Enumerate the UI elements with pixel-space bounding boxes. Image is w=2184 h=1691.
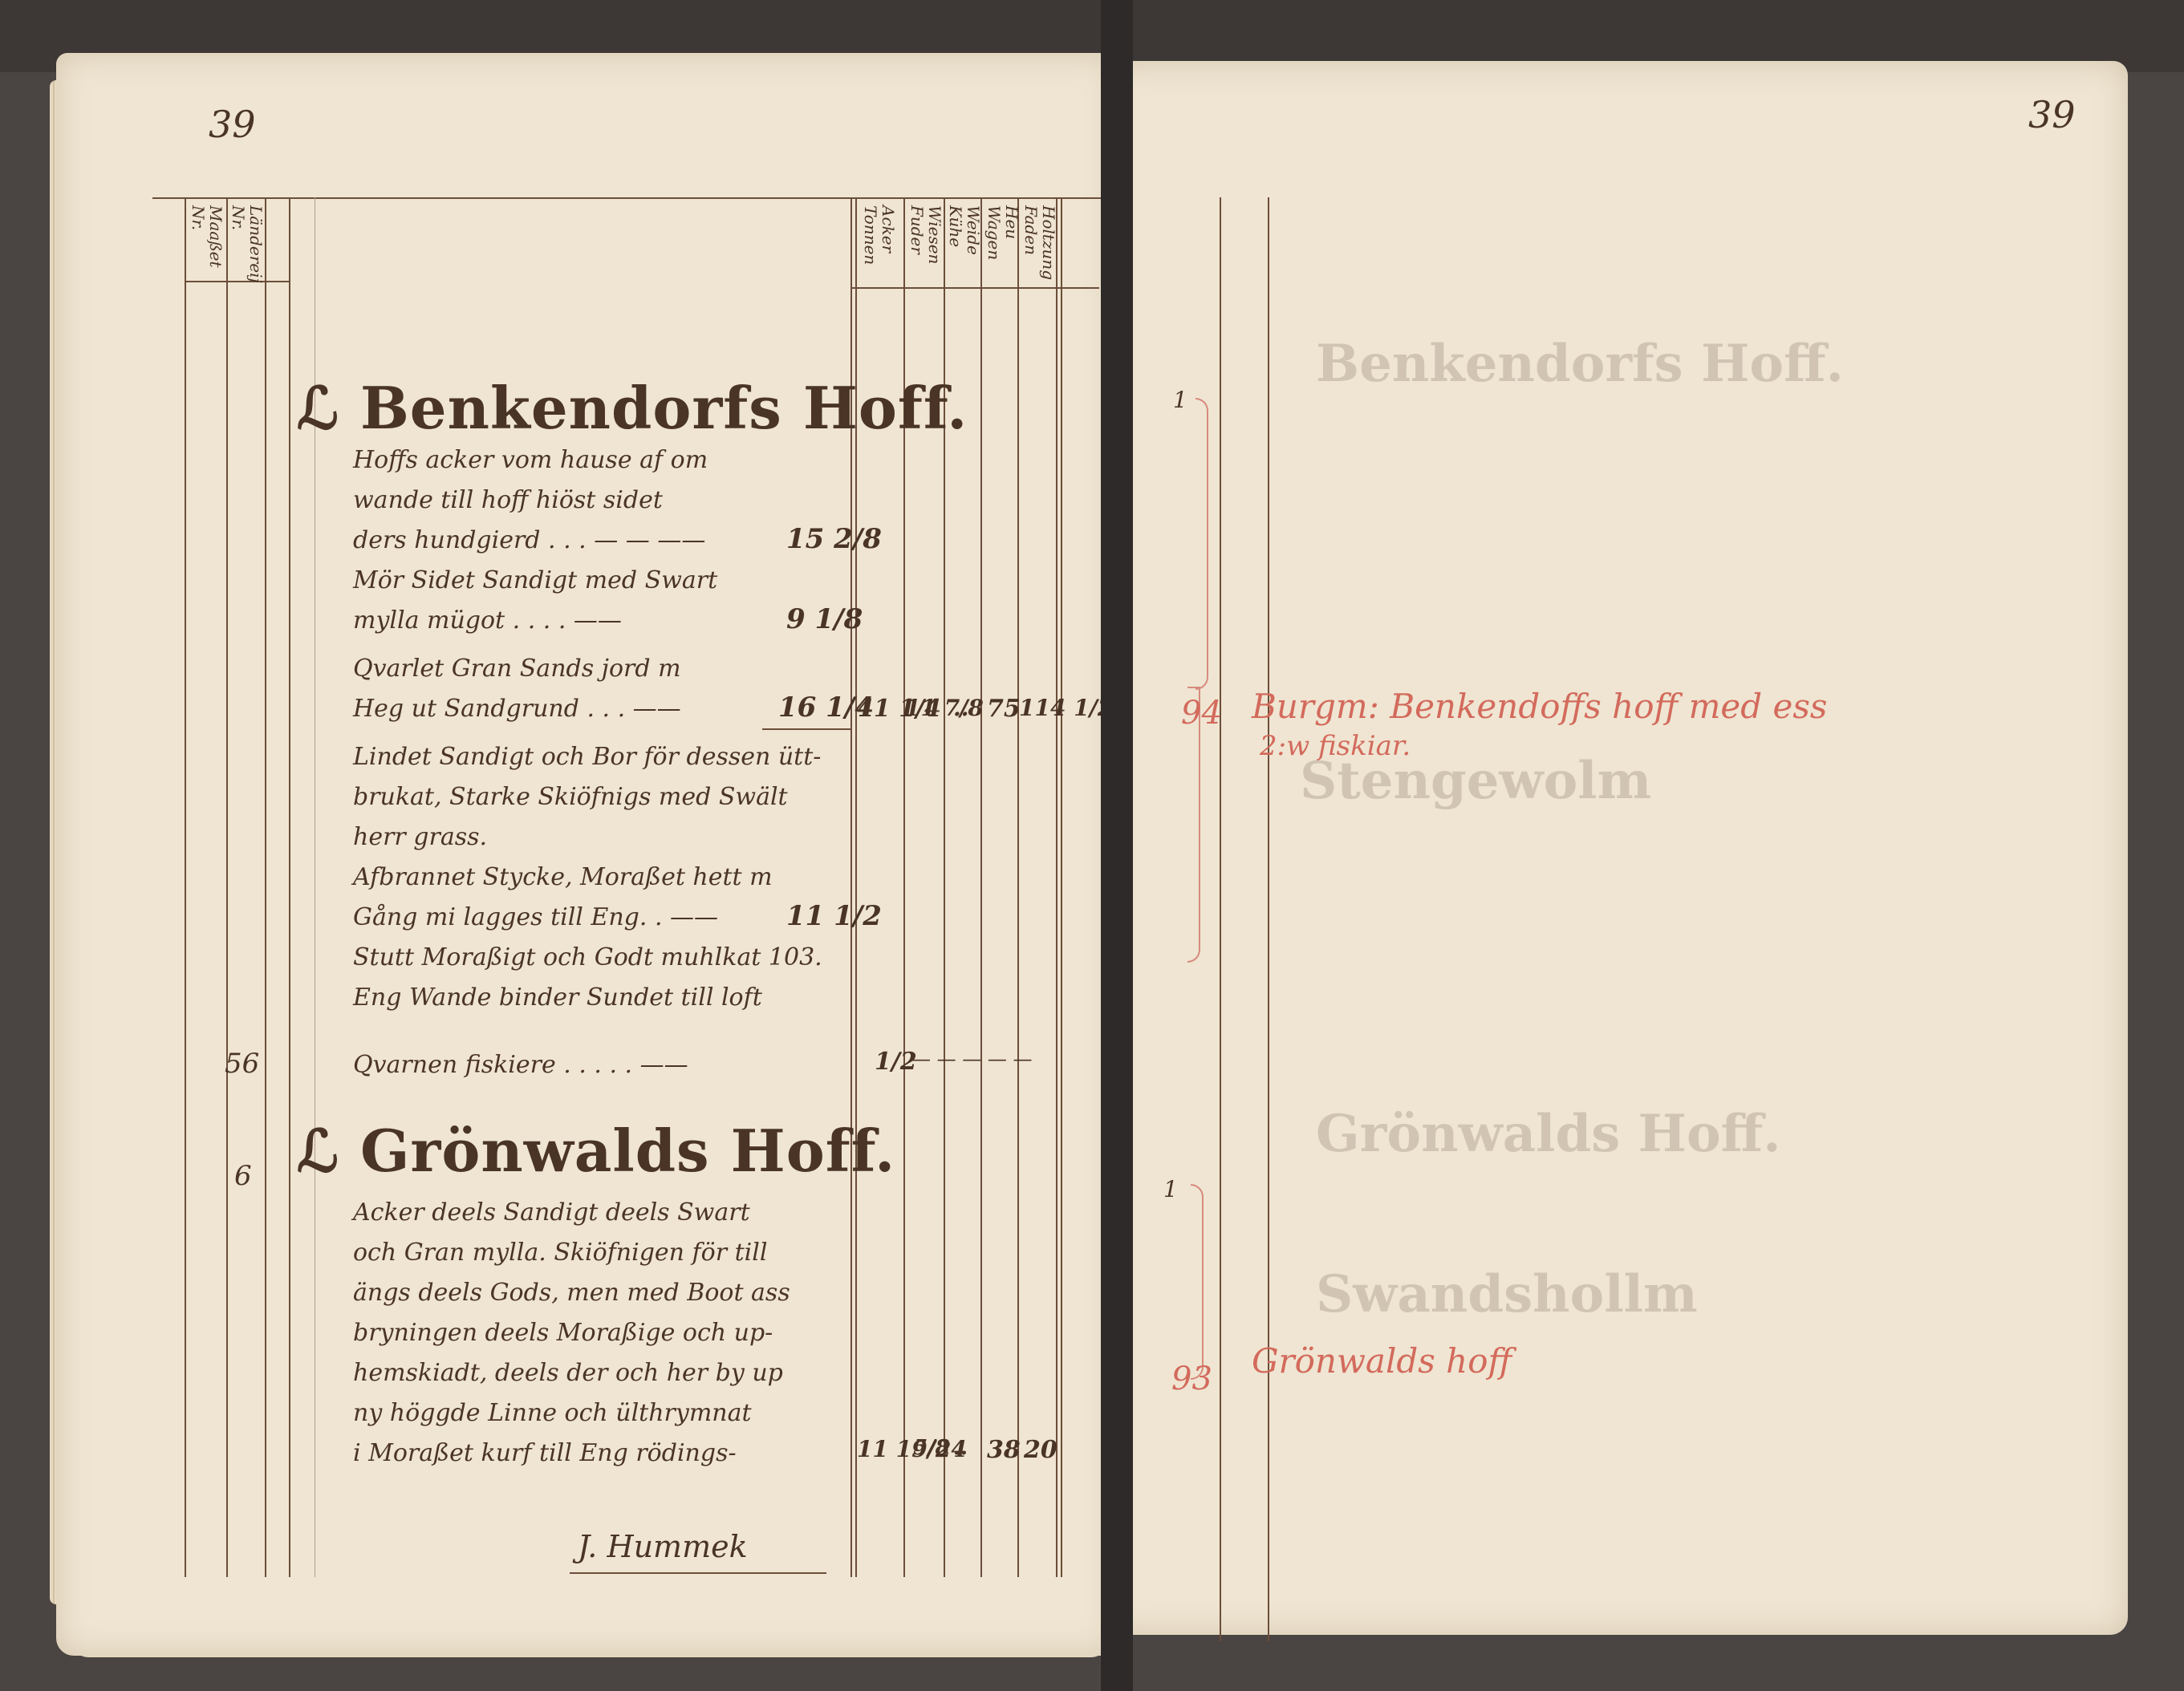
red-annotation: Grönwalds hoff <box>1252 1341 1512 1381</box>
header-weide: Weide Kühe <box>947 205 982 282</box>
bracket-mark: 1 <box>1163 1176 1178 1202</box>
total-holtz: 20 <box>1024 1436 1057 1464</box>
entry-heading-benkendorf: ℒ Benkendorfs Hoff. <box>297 374 968 442</box>
entry-heading-gronwald: ℒ Grönwalds Hoff. <box>297 1117 895 1185</box>
entry-line: ängs deels Gods, men med Boot ass <box>353 1279 790 1307</box>
col-rule <box>1268 197 1269 1641</box>
entry-amount: 15 2/8 <box>786 523 882 555</box>
entry-line: Stutt Moraßigt och Godt muhlkat 103. <box>353 943 822 971</box>
entry-line: bryningen deels Moraßige och up- <box>353 1319 773 1347</box>
entry-line: Afbrannet Stycke, Moraßet hett m <box>353 863 773 891</box>
total-acker: 11 19/24 <box>857 1436 967 1462</box>
total-wiesen: 11 7/8 <box>905 695 984 721</box>
entry-line: brukat, Starke Skiöfnigs med Swält <box>353 783 788 811</box>
col-rule <box>1061 197 1062 1577</box>
show-through-text: Swandshollm <box>1316 1264 1698 1324</box>
col-rule <box>980 197 982 1577</box>
signature: J. Hummek <box>578 1529 748 1564</box>
entry-line: ders hundgierd . . . — — —— <box>353 526 705 554</box>
header-holtz: Holtzung Faden <box>1022 205 1057 282</box>
top-rule <box>152 197 1115 199</box>
left-page-number: 39 <box>209 103 256 146</box>
show-through-text: Benkendorfs Hoff. <box>1316 334 1844 394</box>
red-brace <box>1191 1184 1204 1380</box>
header-heu: Heu Wagen <box>985 205 1021 282</box>
right-page: 39 Benkendorfs Hoff. Stengewolm Grönwald… <box>1107 61 2128 1635</box>
header-wiesen: Wiesen Fuder <box>908 205 944 282</box>
total-heu: 38 <box>987 1436 1021 1464</box>
entry-line: Gång mi lagges till Eng. . —— <box>353 903 718 931</box>
subtotal-rule <box>762 728 850 730</box>
col-rule <box>226 197 228 1577</box>
right-page-number: 39 <box>2028 93 2076 136</box>
total-weide: .. <box>953 1436 968 1460</box>
col-rule <box>265 197 266 1577</box>
entry-left-number: 56 <box>225 1048 259 1080</box>
show-through-text: Grönwalds Hoff. <box>1316 1104 1781 1164</box>
entry-amount: 9 1/8 <box>786 603 863 635</box>
col-rule <box>1017 197 1019 1577</box>
col-rule <box>185 197 186 1577</box>
red-brace <box>1196 398 1208 690</box>
total-wiesen: 5/8 <box>913 1436 950 1460</box>
col-rule <box>1056 197 1057 1577</box>
entry-line: mylla mügot . . . . —— <box>353 606 622 635</box>
red-annotation-number: 94 <box>1181 695 1222 732</box>
header-acker: Acker Tonnen <box>862 205 897 282</box>
entry-line: Qvarlet Gran Sands jord m <box>353 655 681 683</box>
entry-line: ny höggde Linne och ülthrymnat <box>353 1399 752 1427</box>
total-holtz: 114 1/2 <box>1019 695 1113 721</box>
entry-line: Eng Wande binder Sundet till loft <box>353 983 762 1012</box>
entry-line: Lindet Sandigt och Bor för dessen ütt- <box>353 743 821 771</box>
entry-amount: 11 1/2 <box>786 900 882 932</box>
entry-line: Hoffs acker vom hause af om <box>353 446 708 474</box>
entry-line: Heg ut Sandgrund . . . —— <box>353 695 681 723</box>
total-dashes: — — — — — <box>911 1048 1033 1070</box>
left-page: 39 Maaßet Nr. Ländereij Nr. Acker Tonnen… <box>56 53 1115 1656</box>
book-spine <box>1101 0 1133 1691</box>
red-annotation-subtext: 2:w fiskiar. <box>1260 730 1411 762</box>
total-heu: 75 <box>987 695 1021 723</box>
bracket-mark: 1 <box>1173 387 1187 413</box>
entry-line: i Moraßet kurf till Eng rödings- <box>353 1439 737 1467</box>
entry-line: Qvarnen fiskiere . . . . . —— <box>353 1051 688 1079</box>
total-acker: 1/2 <box>875 1048 917 1076</box>
header-landerei: Ländereij Nr. <box>229 205 265 278</box>
red-annotation-number: 93 <box>1171 1361 1212 1397</box>
entry-line: herr grass. <box>353 823 487 851</box>
entry-left-number: 6 <box>234 1160 252 1192</box>
entry-line: Acker deels Sandigt deels Swart <box>353 1198 750 1227</box>
entry-line: och Gran mylla. Skiöfnigen för till <box>353 1239 767 1267</box>
entry-line: wande till hoff hiöst sidet <box>353 486 663 514</box>
signature-underline <box>570 1572 826 1574</box>
entry-line: Mör Sidet Sandigt med Swart <box>353 566 717 594</box>
col-rule <box>289 197 290 1577</box>
col-rule <box>1220 197 1221 1641</box>
header-rule-left <box>185 281 289 282</box>
red-annotation: Burgm: Benkendoffs hoff med ess <box>1252 687 1828 726</box>
entry-line: hemskiadt, deels der och her by up <box>353 1359 783 1387</box>
header-maasset: Maaßet Nr. <box>189 205 225 278</box>
total-weide: .. <box>953 695 969 721</box>
